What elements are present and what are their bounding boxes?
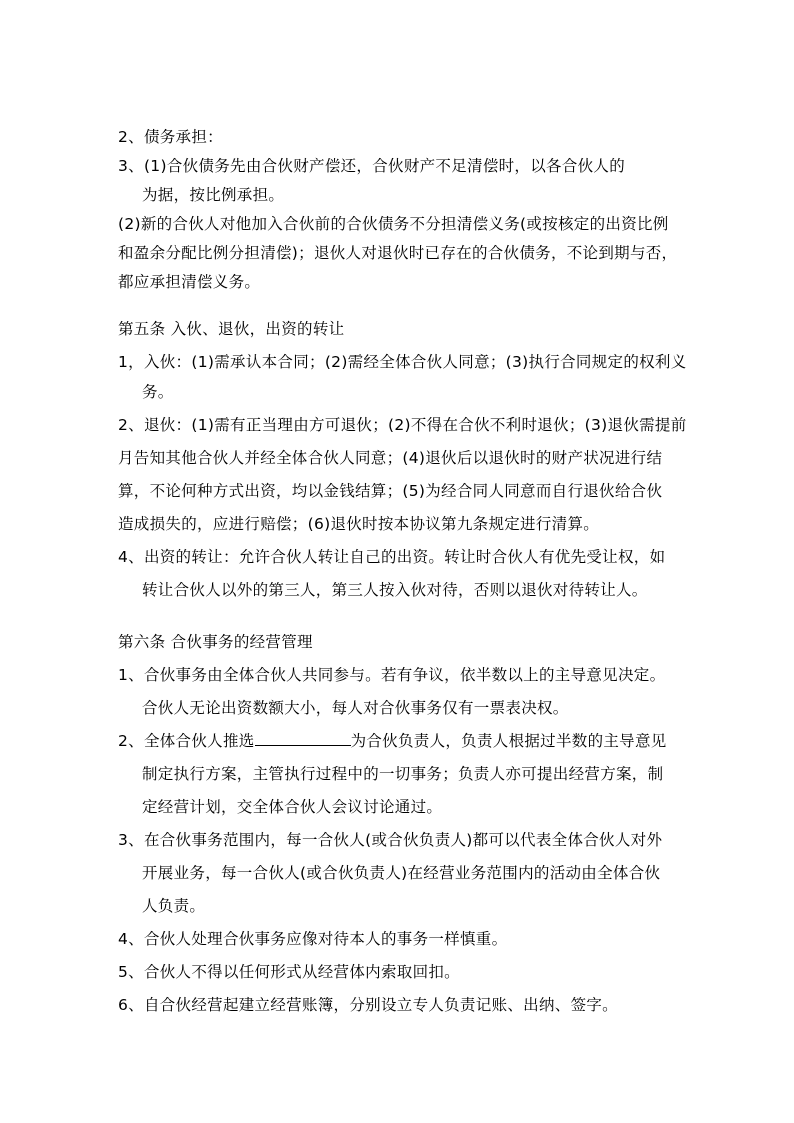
section-heading: 第六条 合伙事务的经营管理	[118, 632, 313, 652]
paragraph-line: 1，入伙：(1)需承认本合同；(2)需经全体合伙人同意；(3)执行合同规定的权利…	[118, 352, 687, 372]
paragraph-line: 2、全体合伙人推选为合伙负责人，负责人根据过半数的主导意见	[118, 731, 667, 751]
paragraph-line: 2、退伙：(1)需有正当理由方可退伙；(2)不得在合伙不利时退伙；(3)退伙需提…	[118, 415, 687, 435]
paragraph-line: 务。	[142, 382, 174, 402]
paragraph-line: 月告知其他合伙人并经全体合伙人同意；(4)退伙后以退伙时的财产状况进行结	[118, 448, 662, 468]
paragraph-line: 为据，按比例承担。	[142, 185, 284, 205]
paragraph-line: 6、自合伙经营起建立经营账簿，分别设立专人负责记账、出纳、签字。	[118, 995, 618, 1015]
paragraph-line: 造成损失的，应进行赔偿；(6)退伙时按本协议第九条规定进行清算。	[118, 514, 599, 534]
paragraph-line: 4、出资的转让：允许合伙人转让自己的出资。转让时合伙人有优先受让权，如	[118, 547, 665, 567]
text-segment: 2、全体合伙人推选	[118, 732, 255, 750]
paragraph-line: 5、合伙人不得以任何形式从经营体内索取回扣。	[118, 962, 460, 982]
paragraph-line: 转让合伙人以外的第三人，第三人按入伙对待，否则以退伙对待转让人。	[142, 580, 648, 600]
paragraph-line: 都应承担清偿义务。	[118, 272, 260, 292]
paragraph-line: 人负责。	[142, 896, 205, 916]
text-segment: 为合伙负责人，负责人根据过半数的主导意见	[351, 732, 667, 750]
section-heading: 第五条 入伙、退伙，出资的转让	[118, 319, 344, 339]
paragraph-line: (2)新的合伙人对他加入合伙前的合伙债务不分担清偿义务(或按核定的出资比例	[118, 214, 669, 234]
paragraph-line: 制定执行方案，主管执行过程中的一切事务；负责人亦可提出经营方案，制	[142, 764, 663, 784]
paragraph-line: 合伙人无论出资数额大小，每人对合伙事务仅有一票表决权。	[142, 698, 569, 718]
paragraph-line: 开展业务，每一合伙人(或合伙负责人)在经营业务范围内的活动由全体合伙	[142, 863, 660, 883]
paragraph-line: 和盈余分配比例分担清偿)；退伙人对退伙时已存在的合伙债务，不论到期与否，	[118, 243, 677, 263]
paragraph-line: 定经营计划，交全体合伙人会议讨论通过。	[142, 797, 442, 817]
paragraph-line: 4、合伙人处理合伙事务应像对待本人的事务一样慎重。	[118, 929, 507, 949]
paragraph-line: 3、在合伙事务范围内，每一合伙人(或合伙负责人)都可以代表全体合伙人对外	[118, 830, 662, 850]
paragraph-line: 1、合伙事务由全体合伙人共同参与。若有争议，依半数以上的主导意见决定。	[118, 665, 665, 685]
paragraph-line: 算，不论何种方式出资，均以金钱结算；(5)为经合同人同意而自行退伙给合伙	[118, 481, 662, 501]
debt-heading: 2、债务承担：	[118, 127, 223, 147]
fill-in-blank[interactable]	[255, 731, 351, 746]
paragraph-line: 3、(1)合伙债务先由合伙财产偿还，合伙财产不足清偿时，以各合伙人的	[118, 156, 625, 176]
